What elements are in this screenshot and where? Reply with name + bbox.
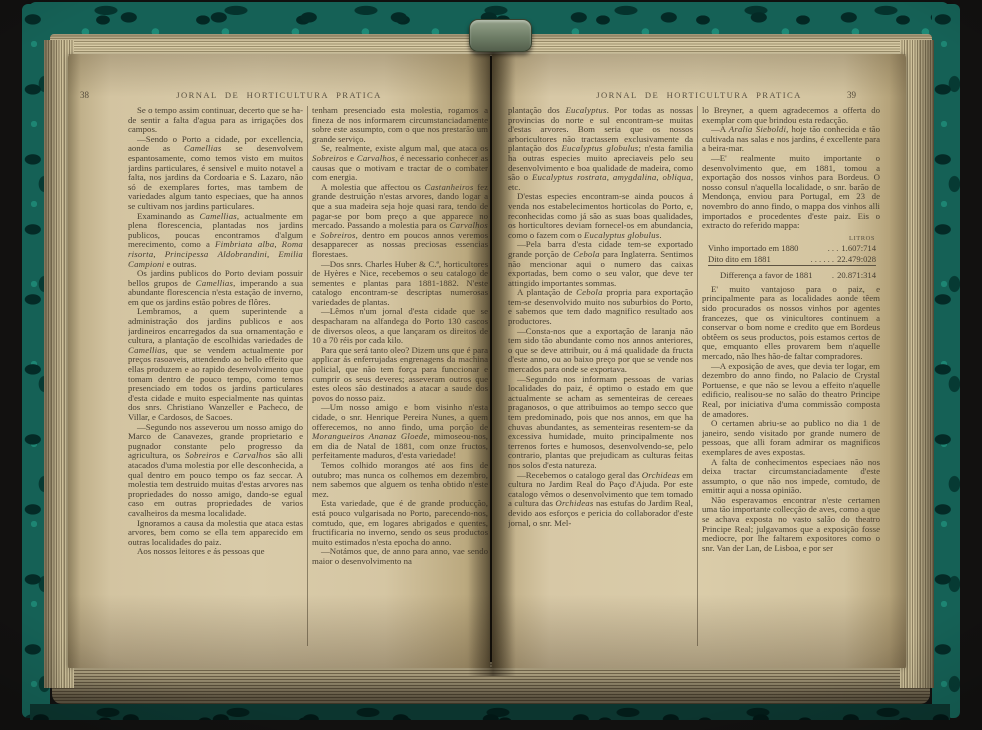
paragraph: D'estas especies encontram-se ainda pouc… (508, 192, 693, 240)
book-cover-right-edge (932, 4, 960, 718)
left-page-columns: Se o tempo assim continuar, decerto que … (128, 106, 488, 651)
left-page-number: 38 (80, 90, 89, 100)
right-page-column-2: lo Breyner, a quem agradecemos a offerta… (702, 106, 880, 651)
wine-text-before-table: lo Breyner, a quem agradecemos a offerta… (702, 106, 880, 231)
paragraph: A plantação de Cebola propria para expor… (508, 288, 693, 326)
paragraph: Se o tempo assim continuar, decerto que … (128, 106, 303, 135)
paragraph: —Consta-nos que a exportação de laranja … (508, 327, 693, 375)
table-unit-label: LITROS (708, 234, 876, 244)
paragraph: —Segundo nos informam pessoas de varias … (508, 375, 693, 471)
paragraph: Se, realmente, existe algum mal, que ata… (312, 144, 488, 182)
paragraph: Aos nossos leitores e ás pessoas que (128, 547, 303, 557)
paragraph: —Lêmos n'um jornal d'esta cidade que se … (312, 307, 488, 345)
table-row-label: Dito dito em 1881 (708, 254, 771, 265)
right-page-header: JORNAL DE HORTICULTURA PRATICA 39 (492, 90, 906, 104)
left-page: 38 JORNAL DE HORTICULTURA PRATICA Se o t… (68, 54, 490, 668)
paragraph: —Notámos que, de anno para anno, vae sen… (312, 547, 488, 566)
paragraph: —Pela barra d'esta cidade tem-se exporta… (508, 240, 693, 288)
wine-text-after-table: E' muito vantajoso para o paiz, e princi… (702, 285, 880, 554)
column-divider (697, 106, 698, 646)
table-row-label: Vinho importado em 1880 (708, 243, 798, 254)
paragraph: A falta de conhecimentos especiaes não n… (702, 458, 880, 496)
table-row-value: 1.607:714 (841, 243, 876, 254)
bookmark-clasp (469, 19, 532, 52)
paragraph: —E' realmente muito importante o desenvo… (702, 154, 880, 231)
paragraph: —A Aralia Sieboldi, hoje tão conhecida e… (702, 125, 880, 154)
table-difference-row: Differença a favor de 1881 . 20.871:314 (708, 270, 876, 281)
paragraph: Lembramos, a quem superintende a adminis… (128, 307, 303, 422)
table-row-label: Differença a favor de 1881 (720, 270, 812, 281)
right-page-columns: plantação dos Eucalyptus. Por todas as n… (508, 106, 880, 651)
left-page-column-2: tenham presenciado esta molestia, rogamo… (312, 106, 488, 651)
column-divider (307, 106, 308, 646)
paragraph: —Segundo nos asseverou um nosso amigo do… (128, 423, 303, 519)
table-row: Dito dito em 1881 . . . . . . 22.479:028 (708, 254, 876, 265)
paragraph: Temos colhido morangos até aos fins de o… (312, 461, 488, 499)
table-row: Vinho importado em 1880 . . . 1.607:714 (708, 243, 876, 254)
paragraph: —A exposição de aves, que devia ter loga… (702, 362, 880, 420)
paragraph: E' muito vantajoso para o paiz, e princi… (702, 285, 880, 362)
right-page-number: 39 (847, 90, 856, 100)
paragraph: Ignoramos a causa da molestia que ataca … (128, 519, 303, 548)
paragraph: A molestia que affectou os Castanheiros … (312, 183, 488, 260)
paragraph: Não esperavamos encontrar n'este certame… (702, 496, 880, 554)
paragraph: —Um nosso amigo e bom visinho n'esta cid… (312, 403, 488, 461)
paragraph: lo Breyner, a quem agradecemos a offerta… (702, 106, 880, 125)
paragraph: —Sendo o Porto a cidade, por excellencia… (128, 135, 303, 212)
left-running-title: JORNAL DE HORTICULTURA PRATICA (68, 90, 490, 100)
paragraph: Para que será tanto oleo? Dizem uns que … (312, 346, 488, 404)
left-page-header: 38 JORNAL DE HORTICULTURA PRATICA (68, 90, 490, 104)
right-running-title: JORNAL DE HORTICULTURA PRATICA (492, 90, 906, 100)
paragraph: —Recebemos o catalogo geral das Orchidea… (508, 471, 693, 529)
book-cover-bottom-edge (30, 704, 950, 720)
wine-import-table: LITROS Vinho importado em 1880 . . . 1.6… (708, 234, 876, 281)
right-page-column-1: plantação dos Eucalyptus. Por todas as n… (508, 106, 693, 651)
paragraph: Esta variedade, que é de grande producçã… (312, 499, 488, 547)
table-row-value: 20.871:314 (837, 270, 876, 281)
paragraph: Examinando as Camellias, actualmente em … (128, 212, 303, 270)
paragraph: O certamen abriu-se ao publico no dia 1 … (702, 419, 880, 457)
paragraph: plantação dos Eucalyptus. Por todas as n… (508, 106, 693, 192)
table-row-value: 22.479:028 (837, 254, 876, 265)
bottom-page-edges (52, 662, 930, 704)
dot-leader: . (812, 270, 837, 281)
paragraph: —Dos snrs. Charles Huber & C.ª, horticul… (312, 260, 488, 308)
dot-leader: . . . (798, 243, 841, 254)
paragraph: Os jardins publicos do Porto deviam poss… (128, 269, 303, 307)
right-page: JORNAL DE HORTICULTURA PRATICA 39 planta… (492, 54, 906, 668)
left-page-column-1: Se o tempo assim continuar, decerto que … (128, 106, 303, 651)
table-body: Vinho importado em 1880 . . . 1.607:714 … (708, 243, 876, 266)
paragraph: tenham presenciado esta molestia, rogamo… (312, 106, 488, 144)
dot-leader: . . . . . . (771, 254, 837, 265)
